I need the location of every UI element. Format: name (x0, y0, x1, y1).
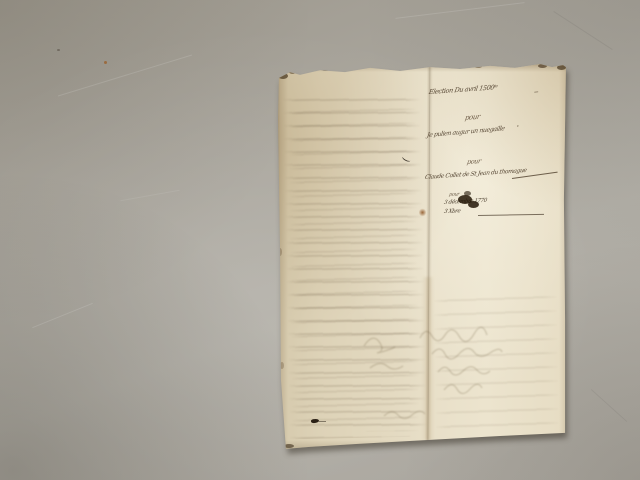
deckle-nick (538, 64, 547, 68)
handwriting-line-3: Je pulien augur un nuegaille (426, 125, 505, 139)
scratch-mark (32, 303, 93, 328)
signature-flourish (478, 214, 544, 216)
scratch-mark (58, 55, 192, 97)
scratch-mark (553, 11, 612, 50)
deckle-nick (289, 70, 296, 74)
deckle-nick (284, 444, 294, 448)
handwriting-line-4: pour (466, 157, 481, 166)
scratch-mark (120, 190, 179, 201)
deckle-nick (474, 65, 482, 68)
scratch-mark (395, 2, 524, 19)
ghost-script (354, 324, 544, 439)
handwriting-line-2: pour (464, 113, 480, 122)
ink-speck-tail (319, 421, 326, 422)
manuscript-paper: Election Du avril 1500ᵗᵉ ‒ pour Je pulie… (276, 62, 568, 452)
deckle-nick (394, 66, 404, 69)
handwriting-line-3-superscript: ᵗᵉ (517, 124, 519, 129)
paper-corner-fray (557, 65, 566, 70)
table-speck (57, 49, 60, 51)
paper-corner-fray (278, 73, 288, 79)
deckle-nick (280, 362, 284, 369)
scratch-mark (591, 389, 627, 422)
rust-stain (419, 208, 426, 217)
paper-surface: Election Du avril 1500ᵗᵉ ‒ pour Je pulie… (276, 62, 568, 452)
ink-blot (468, 201, 479, 208)
deckle-nick (321, 68, 330, 71)
deckle-nick (278, 248, 282, 256)
handwriting-line-8: 3 Xbre (443, 208, 460, 215)
handwriting-line-1-dash: ‒ (534, 88, 539, 96)
ink-blot (464, 191, 471, 196)
table-speck (104, 61, 107, 64)
handwriting-line-1: Election Du avril 1500ᵗᵉ (428, 83, 498, 96)
